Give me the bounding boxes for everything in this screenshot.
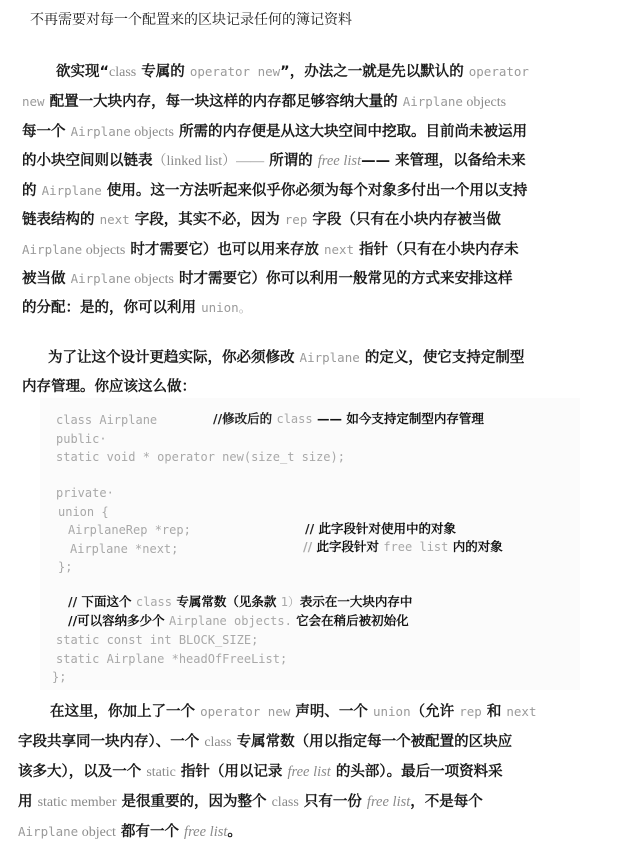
- term-linked-list: （linked list）——: [153, 154, 265, 169]
- comment-slash: //: [305, 521, 318, 536]
- text: 。: [227, 824, 242, 840]
- text: 被当做: [22, 271, 71, 287]
- text: 时才需要它）你可以利用一般常见的方式来安排这样: [174, 271, 513, 287]
- para1-line9: 的分配：是的，你可以利用 union。: [22, 298, 251, 318]
- term-objects: objects: [82, 243, 125, 258]
- text: 的头部）。最后一项资料采: [331, 764, 503, 780]
- text: 的定义，使它支持定制型: [360, 350, 525, 366]
- text: 所谓的: [264, 153, 318, 169]
- term-airplane: Airplane: [22, 242, 82, 257]
- code-line-union: union {: [58, 503, 109, 521]
- text: 配置一大块内存，每一块这样的内存都足够容纳大量的: [45, 94, 403, 110]
- text: 都有一个: [116, 824, 184, 840]
- term-airplane: Airplane: [300, 350, 360, 365]
- term-free-list: free list: [184, 824, 227, 840]
- code-comment-block-size-2: //可以容纳多少个 Airplane objects. 它会在稍后被初始化: [68, 612, 409, 630]
- code-line-block-size: static const int BLOCK_SIZE;: [56, 631, 258, 649]
- code-comment-class: //修改后的 class —— 如今支持定制型内存管理: [213, 410, 484, 428]
- term-free-list: free list: [287, 764, 330, 780]
- code-comment-rep: // 此字段针对使用中的对象: [305, 520, 456, 538]
- text: ”，办法之一就是先以默认的: [280, 64, 469, 80]
- term-airplane: Airplane: [42, 183, 102, 198]
- code-line-class: class Airplane: [56, 411, 157, 429]
- term-operator-new: operator new: [190, 64, 280, 79]
- code-line-public: public·: [56, 430, 107, 448]
- term-airplane: Airplane: [71, 124, 131, 139]
- term-airplane: Airplane: [18, 824, 78, 839]
- comment-text: 此字段针对: [316, 539, 383, 554]
- term-class: class: [109, 65, 136, 80]
- text: 链表结构的: [22, 212, 100, 228]
- text: 时才需要它）也可以用来存放: [125, 242, 324, 258]
- text: 专属的: [136, 64, 190, 80]
- text: 只有一份: [299, 794, 367, 810]
- comment-text: 下面这个: [81, 594, 135, 609]
- term-union: union。: [201, 300, 251, 315]
- comment-term-free-list: free list: [383, 540, 448, 554]
- para1-line7: Airplane objects 时才需要它）也可以用来存放 next 指针（只…: [22, 240, 519, 261]
- term-next: next: [506, 704, 536, 719]
- text: 和: [482, 704, 507, 720]
- comment-text: 专属常数（见条款: [172, 594, 281, 609]
- text: 每一个: [22, 124, 71, 140]
- code-line-head-of-free-list: static Airplane *headOfFreeList;: [56, 650, 287, 668]
- term-rep: rep: [285, 212, 308, 227]
- term-new: new: [22, 94, 45, 109]
- term-object: object: [78, 825, 116, 840]
- comment-text: 内的对象: [448, 539, 502, 554]
- code-line-union-end: };: [58, 558, 72, 576]
- term-class: class: [272, 795, 299, 810]
- para1-line6: 链表结构的 next 字段，其实不必，因为 rep 字段（只有在小块内存被当做: [22, 210, 501, 230]
- term-class: class: [204, 735, 231, 750]
- comment-term-class: class: [276, 412, 312, 426]
- para3-line4: 用 static member 是很重要的，因为整个 class 只有一份 fr…: [18, 792, 483, 813]
- term-objects: objects: [463, 95, 506, 110]
- comment-text: //修改后的: [213, 411, 276, 426]
- text: 字段，其实不必，因为: [130, 212, 285, 228]
- term-union: union: [373, 704, 411, 719]
- text: 是很重要的，因为整个: [116, 794, 271, 810]
- comment-text: 表示在一大块内存中: [300, 594, 413, 609]
- comment-term-class: class: [136, 595, 172, 609]
- para3-line5: Airplane object 都有一个 free list。: [18, 822, 242, 843]
- comment-text: 它会在稍后被初始化: [292, 613, 409, 628]
- term-next: next: [324, 242, 354, 257]
- term-operator-new: operator new: [200, 704, 290, 719]
- comment-term-airplane-objects: Airplane objects.: [169, 614, 292, 628]
- text: 内存管理。你应该这么做：: [22, 379, 196, 395]
- term-objects: objects: [131, 272, 174, 287]
- code-line-rep: AirplaneRep *rep;: [68, 521, 191, 539]
- para3-line3: 该多大），以及一个 static 指针（用以记录 free list 的头部）。…: [18, 762, 503, 783]
- code-comment-block-size-1: // 下面这个 class 专属常数（见条款 1）表示在一大块内存中: [68, 593, 412, 611]
- para1-line5: 的 Airplane 使用。这一方法听起来似乎你必须为每个对象多付出一个用以支持: [22, 181, 527, 201]
- comment-text: 此字段针对使用中的对象: [318, 521, 456, 536]
- comment-item-ref: 1）: [281, 595, 300, 609]
- term-free-list: free list: [367, 794, 410, 810]
- text: 用: [18, 794, 38, 810]
- text: 指针（只有在小块内存未: [354, 242, 519, 258]
- term-airplane: Airplane: [71, 271, 131, 286]
- para1-line8: 被当做 Airplane objects 时才需要它）你可以利用一般常见的方式来…: [22, 269, 512, 290]
- para3-line2: 字段共享同一块内存）、一个 class 专属常数（用以指定每一个被配置的区块应: [18, 732, 512, 753]
- para1-line2: new 配置一大块内存，每一块这样的内存都足够容纳大量的 Airplane ob…: [22, 92, 506, 113]
- text: 字段（只有在小块内存被当做: [307, 212, 501, 228]
- text: 专属常数（用以指定每一个被配置的区块应: [232, 734, 513, 750]
- comment-slash: //: [303, 539, 316, 554]
- code-comment-next: // 此字段针对 free list 内的对象: [303, 538, 503, 556]
- para1-line3: 每一个 Airplane objects 所需的内存便是从这大块空间中挖取。目前…: [22, 122, 527, 143]
- text: 字段共享同一块内存）、一个: [18, 734, 204, 750]
- term-static-member: static member: [38, 795, 117, 810]
- term-operator: operator: [469, 64, 529, 79]
- text: 该多大），以及一个: [18, 764, 146, 780]
- term-rep: rep: [459, 704, 482, 719]
- code-line-next: Airplane *next;: [70, 540, 178, 558]
- term-airplane: Airplane: [403, 94, 463, 109]
- para1-line4: 的小块空间则以链表（linked list）—— 所谓的 free list——…: [22, 151, 526, 172]
- term-objects: objects: [131, 125, 174, 140]
- comment-text: //可以容纳多少个: [68, 613, 169, 628]
- para3-line1: 在这里，你加上了一个 operator new 声明、一个 union（允许 r…: [50, 702, 536, 722]
- text: 为了让这个设计更趋实际，你必须修改: [48, 350, 300, 366]
- code-line-private: private·: [56, 484, 114, 502]
- text: 使用。这一方法听起来似乎你必须为每个对象多付出一个用以支持: [102, 183, 528, 199]
- para2-line2: 内存管理。你应该这么做：: [22, 377, 196, 397]
- para2-line1: 为了让这个设计更趋实际，你必须修改 Airplane 的定义，使它支持定制型: [48, 348, 524, 368]
- text: 在这里，你加上了一个: [50, 704, 200, 720]
- term-free-list: free list: [318, 153, 361, 169]
- section-heading: 不再需要对每一个配置来的区块记录任何的簿记资料: [30, 10, 352, 30]
- term-static: static: [146, 765, 176, 780]
- text: 的分配：是的，你可以利用: [22, 300, 201, 316]
- text: 的小块空间则以链表: [22, 153, 153, 169]
- text: ，不是每个: [410, 794, 483, 810]
- comment-text: —— 如今支持定制型内存管理: [313, 411, 484, 426]
- code-line-class-end: };: [52, 668, 66, 686]
- code-line-operator-new: static void * operator new(size_t size);: [56, 448, 345, 466]
- text: —— 来管理，以备给未来: [361, 153, 526, 169]
- text: 声明、一个: [290, 704, 373, 720]
- text: 指针（用以记录: [176, 764, 288, 780]
- term-next: next: [100, 212, 130, 227]
- text: 欲实现“: [56, 64, 109, 80]
- comment-slash: //: [68, 594, 81, 609]
- para1-line1: 欲实现“class 专属的 operator new”，办法之一就是先以默认的 …: [56, 62, 529, 83]
- text: 所需的内存便是从这大块空间中挖取。目前尚未被运用: [174, 124, 527, 140]
- text: 的: [22, 183, 42, 199]
- text: （允许: [411, 704, 460, 720]
